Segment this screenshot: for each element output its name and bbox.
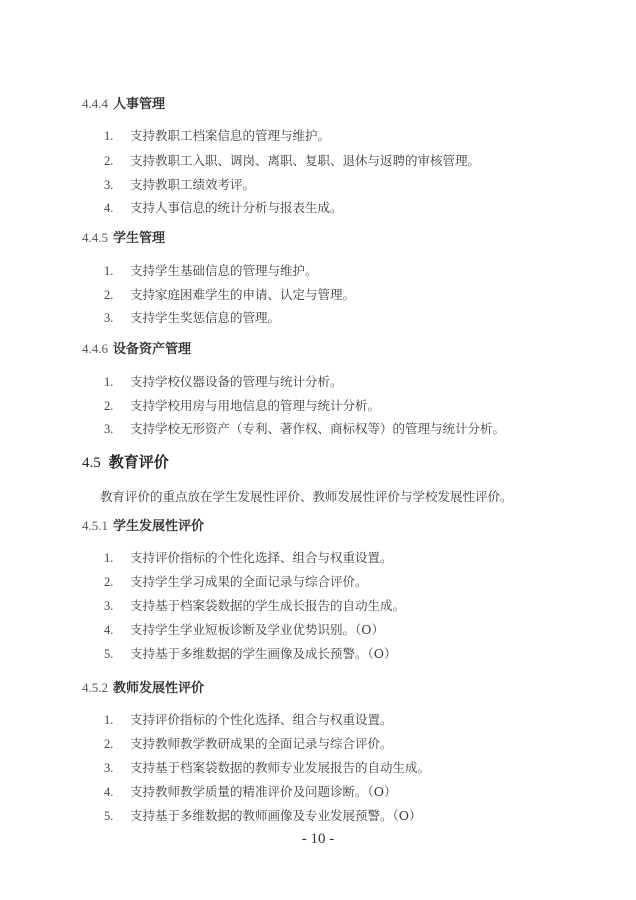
item-text: 支持学校用房与用地信息的管理与统计分析。 [130, 398, 380, 413]
item-number: 3. [104, 599, 130, 614]
list-item: 3.支持学生奖惩信息的管理。 [104, 308, 280, 326]
item-number: 4. [104, 623, 130, 638]
section-number: 4.5.2 [82, 680, 108, 695]
list-item: 1.支持学校仪器设备的管理与统计分析。 [104, 372, 343, 390]
item-text: 支持人事信息的统计分析与报表生成。 [130, 200, 343, 215]
list-item: 4.支持人事信息的统计分析与报表生成。 [104, 198, 343, 216]
list-item: 2.支持教师教学教研成果的全面记录与综合评价。 [104, 734, 393, 752]
item-number: 1. [104, 713, 130, 728]
section-heading-4-4-6: 4.4.6设备资产管理 [82, 338, 191, 357]
item-text: 支持教师教学教研成果的全面记录与综合评价。 [130, 736, 393, 751]
section-title: 设备资产管理 [113, 342, 191, 357]
chapter-title: 教育评价 [109, 453, 169, 471]
list-item: 3.支持教职工绩效考评。 [104, 175, 255, 193]
item-text: 支持基于多维数据的教师画像及专业发展预警。（O） [130, 808, 422, 823]
item-number: 2. [104, 288, 130, 303]
item-number: 5. [104, 809, 130, 824]
section-number: 4.4.6 [82, 341, 108, 356]
item-number: 3. [104, 311, 130, 326]
list-item: 5.支持基于多维数据的学生画像及成长预警。（O） [104, 644, 397, 662]
item-text: 支持基于档案袋数据的教师专业发展报告的自动生成。 [130, 760, 430, 775]
item-number: 3. [104, 178, 130, 193]
list-item: 5.支持基于多维数据的教师画像及专业发展预警。（O） [104, 806, 422, 824]
section-heading-4-4-5: 4.4.5学生管理 [82, 227, 165, 246]
section-number: 4.4.4 [82, 96, 108, 111]
item-text: 支持学生基础信息的管理与维护。 [130, 263, 318, 278]
item-text: 支持学校仪器设备的管理与统计分析。 [130, 374, 343, 389]
section-title: 人事管理 [113, 97, 165, 112]
section-number: 4.4.5 [82, 230, 108, 245]
item-text: 支持学校无形资产（专利、著作权、商标权等）的管理与统计分析。 [130, 421, 505, 436]
item-number: 3. [104, 422, 130, 437]
section-heading-4-4-4: 4.4.4人事管理 [82, 93, 165, 112]
item-number: 2. [104, 737, 130, 752]
list-item: 1.支持教职工档案信息的管理与维护。 [104, 126, 330, 144]
item-number: 2. [104, 399, 130, 414]
section-heading-4-5-2: 4.5.2教师发展性评价 [82, 677, 204, 696]
item-number: 2. [104, 575, 130, 590]
page-number: - 10 - [0, 831, 636, 848]
list-item: 2.支持学生学习成果的全面记录与综合评价。 [104, 572, 368, 590]
section-number: 4.5.1 [82, 518, 108, 533]
list-item: 1.支持评价指标的个性化选择、组合与权重设置。 [104, 548, 393, 566]
item-text: 支持学生奖惩信息的管理。 [130, 310, 280, 325]
chapter-heading-4-5: 4.5教育评价 [82, 451, 169, 472]
item-number: 1. [104, 551, 130, 566]
list-item: 1.支持学生基础信息的管理与维护。 [104, 261, 318, 279]
item-text: 支持评价指标的个性化选择、组合与权重设置。 [130, 550, 393, 565]
item-text: 支持基于多维数据的学生画像及成长预警。（O） [130, 646, 397, 661]
item-text: 支持教职工绩效考评。 [130, 177, 255, 192]
item-text: 支持评价指标的个性化选择、组合与权重设置。 [130, 712, 393, 727]
section-heading-4-5-1: 4.5.1学生发展性评价 [82, 515, 204, 534]
item-number: 1. [104, 264, 130, 279]
item-text: 支持教师教学质量的精准评价及问题诊断。（O） [130, 784, 397, 799]
item-text: 支持教职工档案信息的管理与维护。 [130, 128, 330, 143]
item-text: 支持教职工入职、调岗、离职、复职、退休与返聘的审核管理。 [130, 153, 480, 168]
item-number: 1. [104, 129, 130, 144]
list-item: 1.支持评价指标的个性化选择、组合与权重设置。 [104, 710, 393, 728]
section-title: 教师发展性评价 [113, 681, 204, 696]
item-number: 4. [104, 785, 130, 800]
item-number: 1. [104, 375, 130, 390]
item-text: 支持家庭困难学生的申请、认定与管理。 [130, 287, 355, 302]
item-number: 5. [104, 647, 130, 662]
list-item: 4.支持教师教学质量的精准评价及问题诊断。（O） [104, 782, 397, 800]
list-item: 3.支持基于档案袋数据的教师专业发展报告的自动生成。 [104, 758, 430, 776]
list-item: 3.支持学校无形资产（专利、著作权、商标权等）的管理与统计分析。 [104, 419, 505, 437]
chapter-number: 4.5 [82, 455, 101, 471]
list-item: 2.支持家庭困难学生的申请、认定与管理。 [104, 285, 355, 303]
list-item: 3.支持基于档案袋数据的学生成长报告的自动生成。 [104, 596, 405, 614]
list-item: 4.支持学生学业短板诊断及学业优势识别。（O） [104, 620, 384, 638]
item-text: 支持学生学业短板诊断及学业优势识别。（O） [130, 622, 384, 637]
section-title: 学生发展性评价 [113, 519, 204, 534]
item-number: 3. [104, 761, 130, 776]
item-text: 支持学生学习成果的全面记录与综合评价。 [130, 574, 368, 589]
list-item: 2.支持学校用房与用地信息的管理与统计分析。 [104, 396, 380, 414]
section-title: 学生管理 [113, 231, 165, 246]
list-item: 2.支持教职工入职、调岗、离职、复职、退休与返聘的审核管理。 [104, 151, 480, 169]
item-text: 支持基于档案袋数据的学生成长报告的自动生成。 [130, 598, 405, 613]
document-page: 4.4.4人事管理 1.支持教职工档案信息的管理与维护。 2.支持教职工入职、调… [0, 0, 636, 900]
item-number: 4. [104, 201, 130, 216]
item-number: 2. [104, 154, 130, 169]
chapter-intro: 教育评价的重点放在学生发展性评价、教师发展性评价与学校发展性评价。 [100, 487, 513, 505]
